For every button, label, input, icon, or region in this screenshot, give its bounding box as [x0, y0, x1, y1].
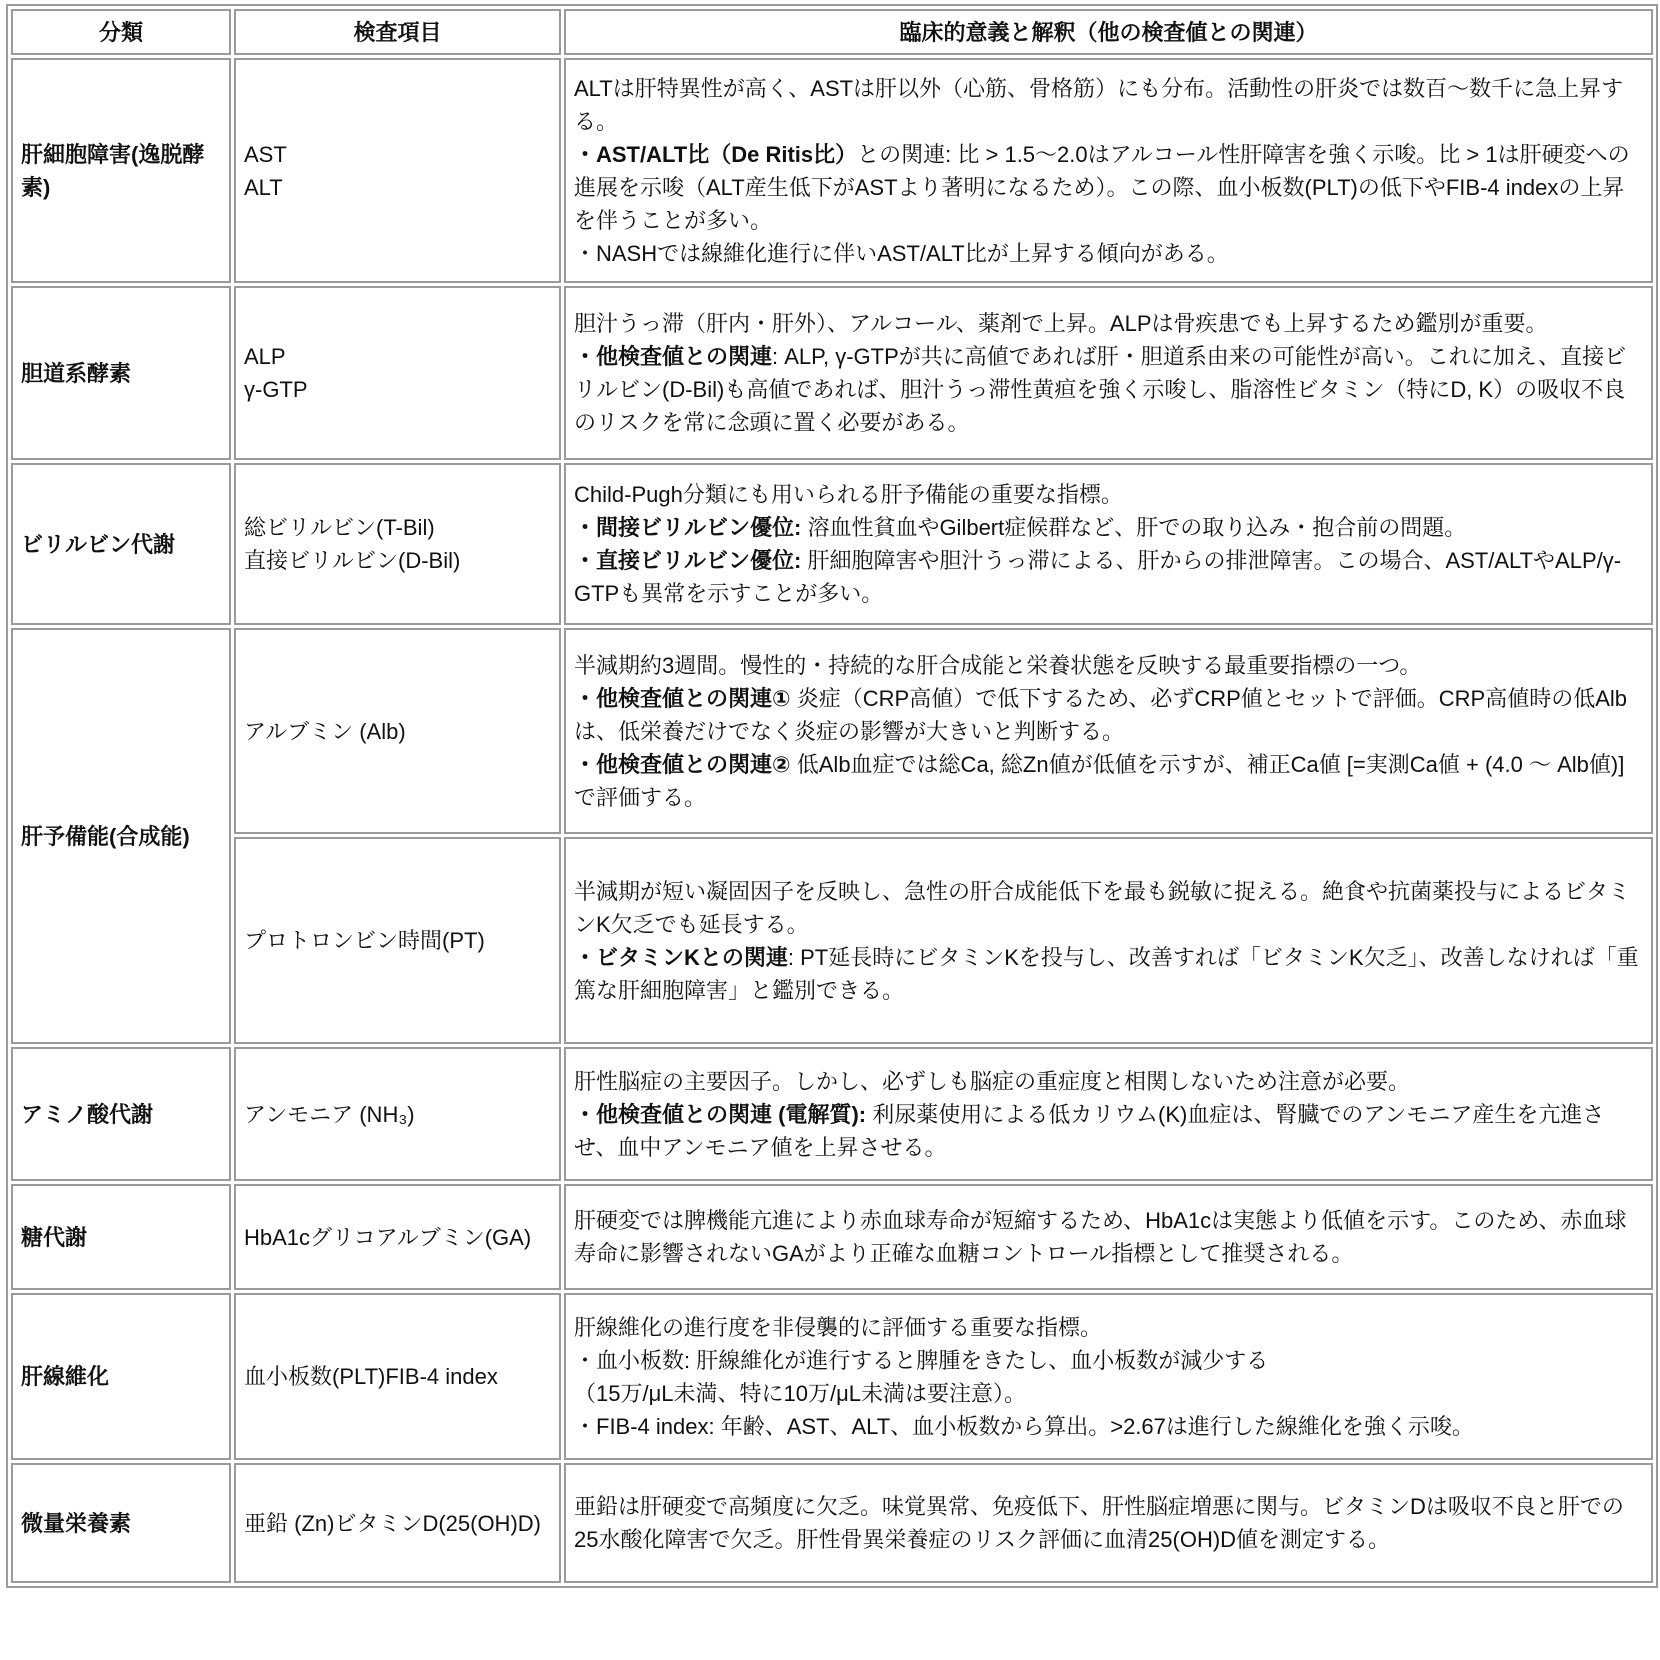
category-cell: アミノ酸代謝 [11, 1047, 231, 1181]
test-item-cell: ALP γ-GTP [234, 286, 561, 460]
category-cell: ビリルビン代謝 [11, 463, 231, 625]
description-line: ・NASHでは線維化進行に伴いAST/ALT比が上昇する傾向がある。 [574, 237, 1643, 270]
description-line: 半減期が短い凝固因子を反映し、急性の肝合成能低下を最も鋭敏に捉える。絶食や抗菌薬… [574, 875, 1643, 941]
description-cell: 胆汁うっ滞（肝内・肝外）、アルコール、薬剤で上昇。ALPは骨疾患でも上昇するため… [564, 286, 1653, 460]
description-line: ・間接ビリルビン優位: 溶血性貧血やGilbert症候群など、肝での取り込み・抱… [574, 511, 1643, 544]
description-cell: 肝性脳症の主要因子。しかし、必ずしも脳症の重症度と相関しないため注意が必要。 ・… [564, 1047, 1653, 1181]
test-name: ALT [244, 171, 551, 204]
header-clinical-significance: 臨床的意義と解釈（他の検査値との関連） [564, 9, 1653, 55]
test-name: アンモニア (NH₃) [244, 1098, 551, 1131]
table-row: 糖代謝 HbA1cグリコアルブミン(GA) 肝硬変では脾機能亢進により赤血球寿命… [11, 1184, 1653, 1290]
test-item-cell: 亜鉛 (Zn)ビタミンD(25(OH)D) [234, 1463, 561, 1583]
description-cell: 肝硬変では脾機能亢進により赤血球寿命が短縮するため、HbA1cは実態より低値を示… [564, 1184, 1653, 1290]
description-line: ・AST/ALT比（De Ritis比）との関連: 比 > 1.5〜2.0はアル… [574, 138, 1643, 237]
description-line: ・ビタミンKとの関連: PT延長時にビタミンKを投与し、改善すれば「ビタミンK欠… [574, 941, 1643, 1007]
description-line: 肝性脳症の主要因子。しかし、必ずしも脳症の重症度と相関しないため注意が必要。 [574, 1065, 1643, 1098]
table-row: ビリルビン代謝 総ビリルビン(T-Bil) 直接ビリルビン(D-Bil) Chi… [11, 463, 1653, 625]
table-row: 肝線維化 血小板数(PLT)FIB-4 index 肝線維化の進行度を非侵襲的に… [11, 1293, 1653, 1460]
description-line: ・他検査値との関連 (電解質): 利尿薬使用による低カリウム(K)血症は、腎臓で… [574, 1098, 1643, 1164]
table-row: 肝細胞障害(逸脱酵素) AST ALT ALTは肝特異性が高く、ASTは肝以外（… [11, 58, 1653, 283]
test-name: 直接ビリルビン(D-Bil) [244, 544, 551, 577]
description-line: ・FIB-4 index: 年齢、AST、ALT、血小板数から算出。>2.67は… [574, 1410, 1643, 1443]
table-row: 胆道系酵素 ALP γ-GTP 胆汁うっ滞（肝内・肝外）、アルコール、薬剤で上昇… [11, 286, 1653, 460]
description-line: 肝線維化の進行度を非侵襲的に評価する重要な指標。 [574, 1311, 1643, 1344]
test-name: 総ビリルビン(T-Bil) [244, 511, 551, 544]
table-row: アミノ酸代謝 アンモニア (NH₃) 肝性脳症の主要因子。しかし、必ずしも脳症の… [11, 1047, 1653, 1181]
category-cell: 糖代謝 [11, 1184, 231, 1290]
test-name: HbA1cグリコアルブミン(GA) [244, 1221, 551, 1254]
test-name: 亜鉛 (Zn)ビタミンD(25(OH)D) [244, 1507, 551, 1540]
description-cell: 半減期約3週間。慢性的・持続的な肝合成能と栄養状態を反映する最重要指標の一つ。 … [564, 628, 1653, 834]
description-line: ・他検査値との関連① 炎症（CRP高値）で低下するため、必ずCRP値とセットで評… [574, 682, 1643, 748]
description-cell: Child-Pugh分類にも用いられる肝予備能の重要な指標。 ・間接ビリルビン優… [564, 463, 1653, 625]
header-row: 分類 検査項目 臨床的意義と解釈（他の検査値との関連） [11, 9, 1653, 55]
category-cell: 胆道系酵素 [11, 286, 231, 460]
description-line: 胆汁うっ滞（肝内・肝外）、アルコール、薬剤で上昇。ALPは骨疾患でも上昇するため… [574, 307, 1643, 340]
category-cell: 微量栄養素 [11, 1463, 231, 1583]
description-line: ・血小板数: 肝線維化が進行すると脾腫をきたし、血小板数が減少する [574, 1344, 1643, 1377]
category-cell: 肝予備能(合成能) [11, 628, 231, 1044]
test-item-cell: アンモニア (NH₃) [234, 1047, 561, 1181]
description-cell: 肝線維化の進行度を非侵襲的に評価する重要な指標。 ・血小板数: 肝線維化が進行す… [564, 1293, 1653, 1460]
test-item-cell: AST ALT [234, 58, 561, 283]
test-name: 血小板数(PLT)FIB-4 index [244, 1360, 551, 1393]
test-item-cell: アルブミン (Alb) [234, 628, 561, 834]
category-cell: 肝細胞障害(逸脱酵素) [11, 58, 231, 283]
description-cell: 半減期が短い凝固因子を反映し、急性の肝合成能低下を最も鋭敏に捉える。絶食や抗菌薬… [564, 837, 1653, 1044]
test-name: プロトロンビン時間(PT) [244, 924, 551, 957]
table-row: プロトロンビン時間(PT) 半減期が短い凝固因子を反映し、急性の肝合成能低下を最… [11, 837, 1653, 1044]
test-item-cell: HbA1cグリコアルブミン(GA) [234, 1184, 561, 1290]
header-test-item: 検査項目 [234, 9, 561, 55]
table-row: 微量栄養素 亜鉛 (Zn)ビタミンD(25(OH)D) 亜鉛は肝硬変で高頻度に欠… [11, 1463, 1653, 1583]
table-row: 肝予備能(合成能) アルブミン (Alb) 半減期約3週間。慢性的・持続的な肝合… [11, 628, 1653, 834]
category-cell: 肝線維化 [11, 1293, 231, 1460]
test-name: γ-GTP [244, 373, 551, 406]
description-line: ・他検査値との関連② 低Alb血症では総Ca, 総Zn値が低値を示すが、補正Ca… [574, 748, 1643, 814]
test-name: アルブミン (Alb) [244, 715, 551, 748]
test-item-cell: 総ビリルビン(T-Bil) 直接ビリルビン(D-Bil) [234, 463, 561, 625]
test-name: ALP [244, 340, 551, 373]
description-cell: ALTは肝特異性が高く、ASTは肝以外（心筋、骨格筋）にも分布。活動性の肝炎では… [564, 58, 1653, 283]
description-cell: 亜鉛は肝硬変で高頻度に欠乏。味覚異常、免疫低下、肝性脳症増悪に関与。ビタミンDは… [564, 1463, 1653, 1583]
test-item-cell: プロトロンビン時間(PT) [234, 837, 561, 1044]
header-category: 分類 [11, 9, 231, 55]
description-line: 亜鉛は肝硬変で高頻度に欠乏。味覚異常、免疫低下、肝性脳症増悪に関与。ビタミンDは… [574, 1490, 1643, 1556]
lab-test-table: 分類 検査項目 臨床的意義と解釈（他の検査値との関連） 肝細胞障害(逸脱酵素) … [6, 4, 1658, 1588]
description-line: ALTは肝特異性が高く、ASTは肝以外（心筋、骨格筋）にも分布。活動性の肝炎では… [574, 72, 1643, 138]
description-line: 肝硬変では脾機能亢進により赤血球寿命が短縮するため、HbA1cは実態より低値を示… [574, 1204, 1643, 1270]
test-item-cell: 血小板数(PLT)FIB-4 index [234, 1293, 561, 1460]
description-line: ・他検査値との関連: ALP, γ-GTPが共に高値であれば肝・胆道系由来の可能… [574, 340, 1643, 439]
description-line: ・直接ビリルビン優位: 肝細胞障害や胆汁うっ滞による、肝からの排泄障害。この場合… [574, 544, 1643, 610]
test-name: AST [244, 138, 551, 171]
description-line: Child-Pugh分類にも用いられる肝予備能の重要な指標。 [574, 478, 1643, 511]
description-line: 半減期約3週間。慢性的・持続的な肝合成能と栄養状態を反映する最重要指標の一つ。 [574, 649, 1643, 682]
description-line: （15万/μL未満、特に10万/μL未満は要注意）。 [574, 1377, 1643, 1410]
